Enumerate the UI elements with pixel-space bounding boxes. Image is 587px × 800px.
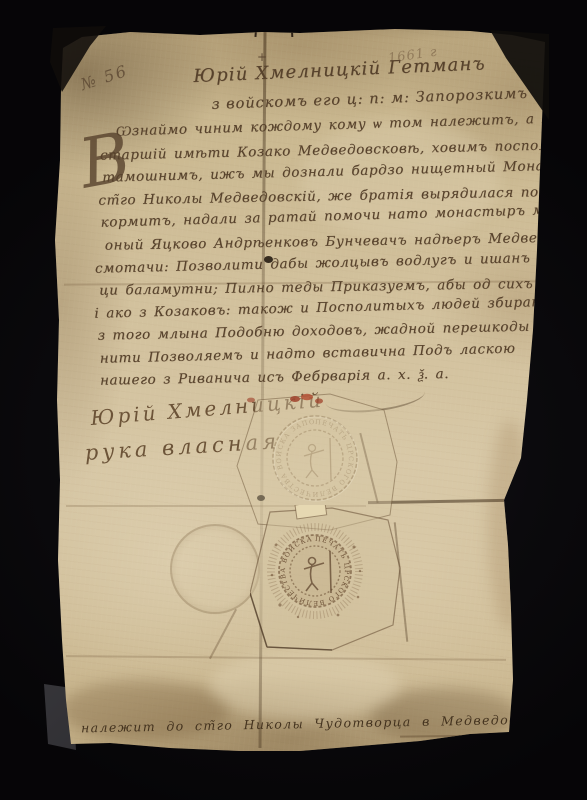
manuscript-line: і ако з Козаковъ: також и Посполитыхъ лю… [94, 294, 553, 322]
photo-background: № 56 1661 г + Юрій Хмелницкій Гетманъ з … [0, 0, 587, 800]
wax-stamped-seal: ПЕЧАТЬ ЦРСКОГО ВЕЛИЧЕСТВА ВОИСКА ЗАПОРОЗ… [250, 505, 410, 660]
archival-note: належит до ст̃го Николы Чудотворца в Мед… [81, 711, 550, 735]
header-line-2: з войскомъ его ц: п: м: Запорозкимъ [211, 86, 528, 113]
manuscript-line: нити Позволяемъ и надто вставична Подъ л… [100, 341, 516, 367]
header-line-1: Юрій Хмелницкій Гетманъ [193, 53, 486, 87]
manuscript-line: з того млына Подобню доходовъ, жадной пе… [97, 318, 555, 344]
manuscript-page: № 56 1661 г + Юрій Хмелницкій Гетманъ з … [0, 0, 587, 800]
manuscript-line: Ѡзнаймо чиним кождому кому ѡ том належит… [116, 109, 587, 140]
